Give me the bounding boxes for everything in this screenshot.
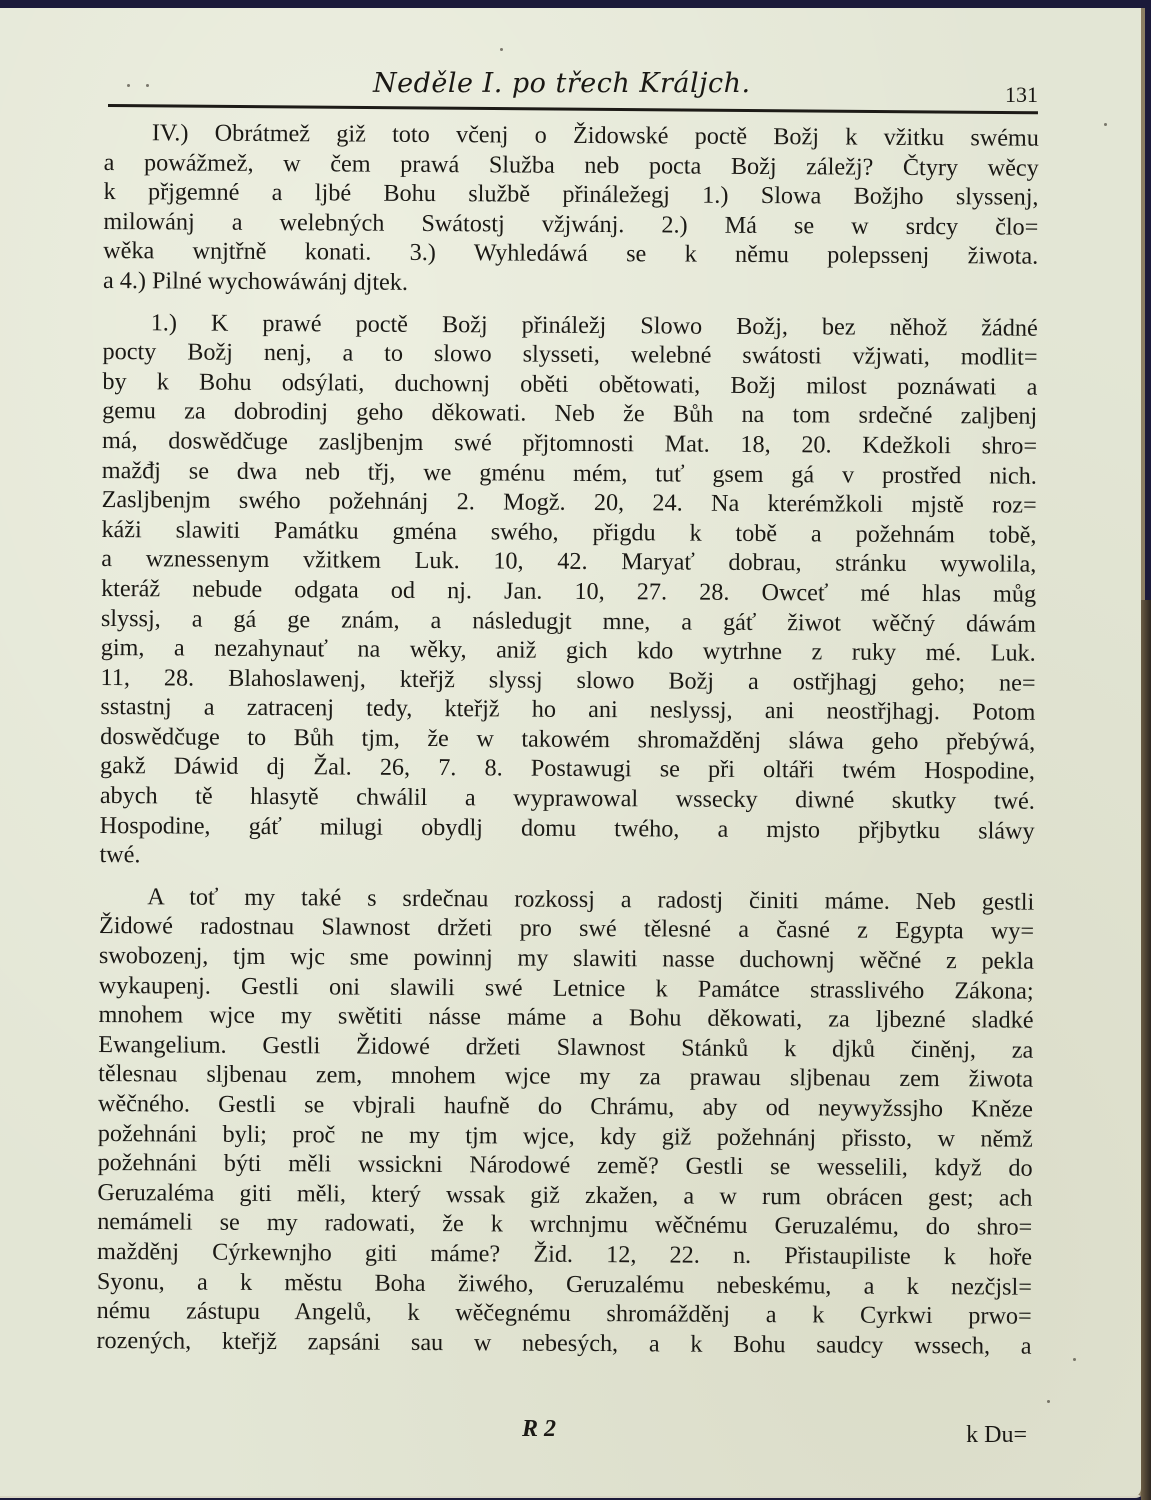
- running-title: Neděle I. po třech Králjch.: [373, 68, 751, 99]
- page-edge-shadow: [1141, 600, 1151, 1500]
- paragraph-2: A toť my také s srdečnau rozkossj a rado…: [96, 882, 1034, 1361]
- text-line: a 4.) Pilné wychowáwánj djtek.: [103, 266, 1038, 301]
- book-page: Neděle I. po třech Králjch. 131 IV.) Obr…: [0, 8, 1145, 1498]
- paper-speck: [146, 84, 149, 87]
- paper-speck: [127, 84, 130, 87]
- paragraph-iv: IV.) Obrátmež giž toto včenj o Židowské …: [103, 118, 1039, 301]
- page-number: 131: [1005, 82, 1038, 108]
- running-head: Neděle I. po třech Králjch. 131: [108, 68, 1038, 108]
- text-line: Hospodine, gáť milugi obydlj domu twého,…: [100, 811, 1035, 846]
- paragraph-1: 1.) K prawé poctě Božj přináležj Slowo B…: [99, 308, 1037, 876]
- body-text: IV.) Obrátmež giž toto včenj o Židowské …: [96, 118, 1039, 1361]
- paper-speck: [1104, 123, 1107, 126]
- paper-speck: [500, 48, 503, 51]
- paper-speck: [1047, 1400, 1050, 1403]
- catchword: k Du=: [966, 1422, 1027, 1449]
- paper-speck: [1073, 1358, 1076, 1361]
- text-line: rozených, kteřjž zapsáni sau w nebesých,…: [96, 1326, 1031, 1361]
- page-footer: R 2 k Du=: [104, 1416, 1039, 1456]
- signature-mark: R 2: [522, 1416, 556, 1443]
